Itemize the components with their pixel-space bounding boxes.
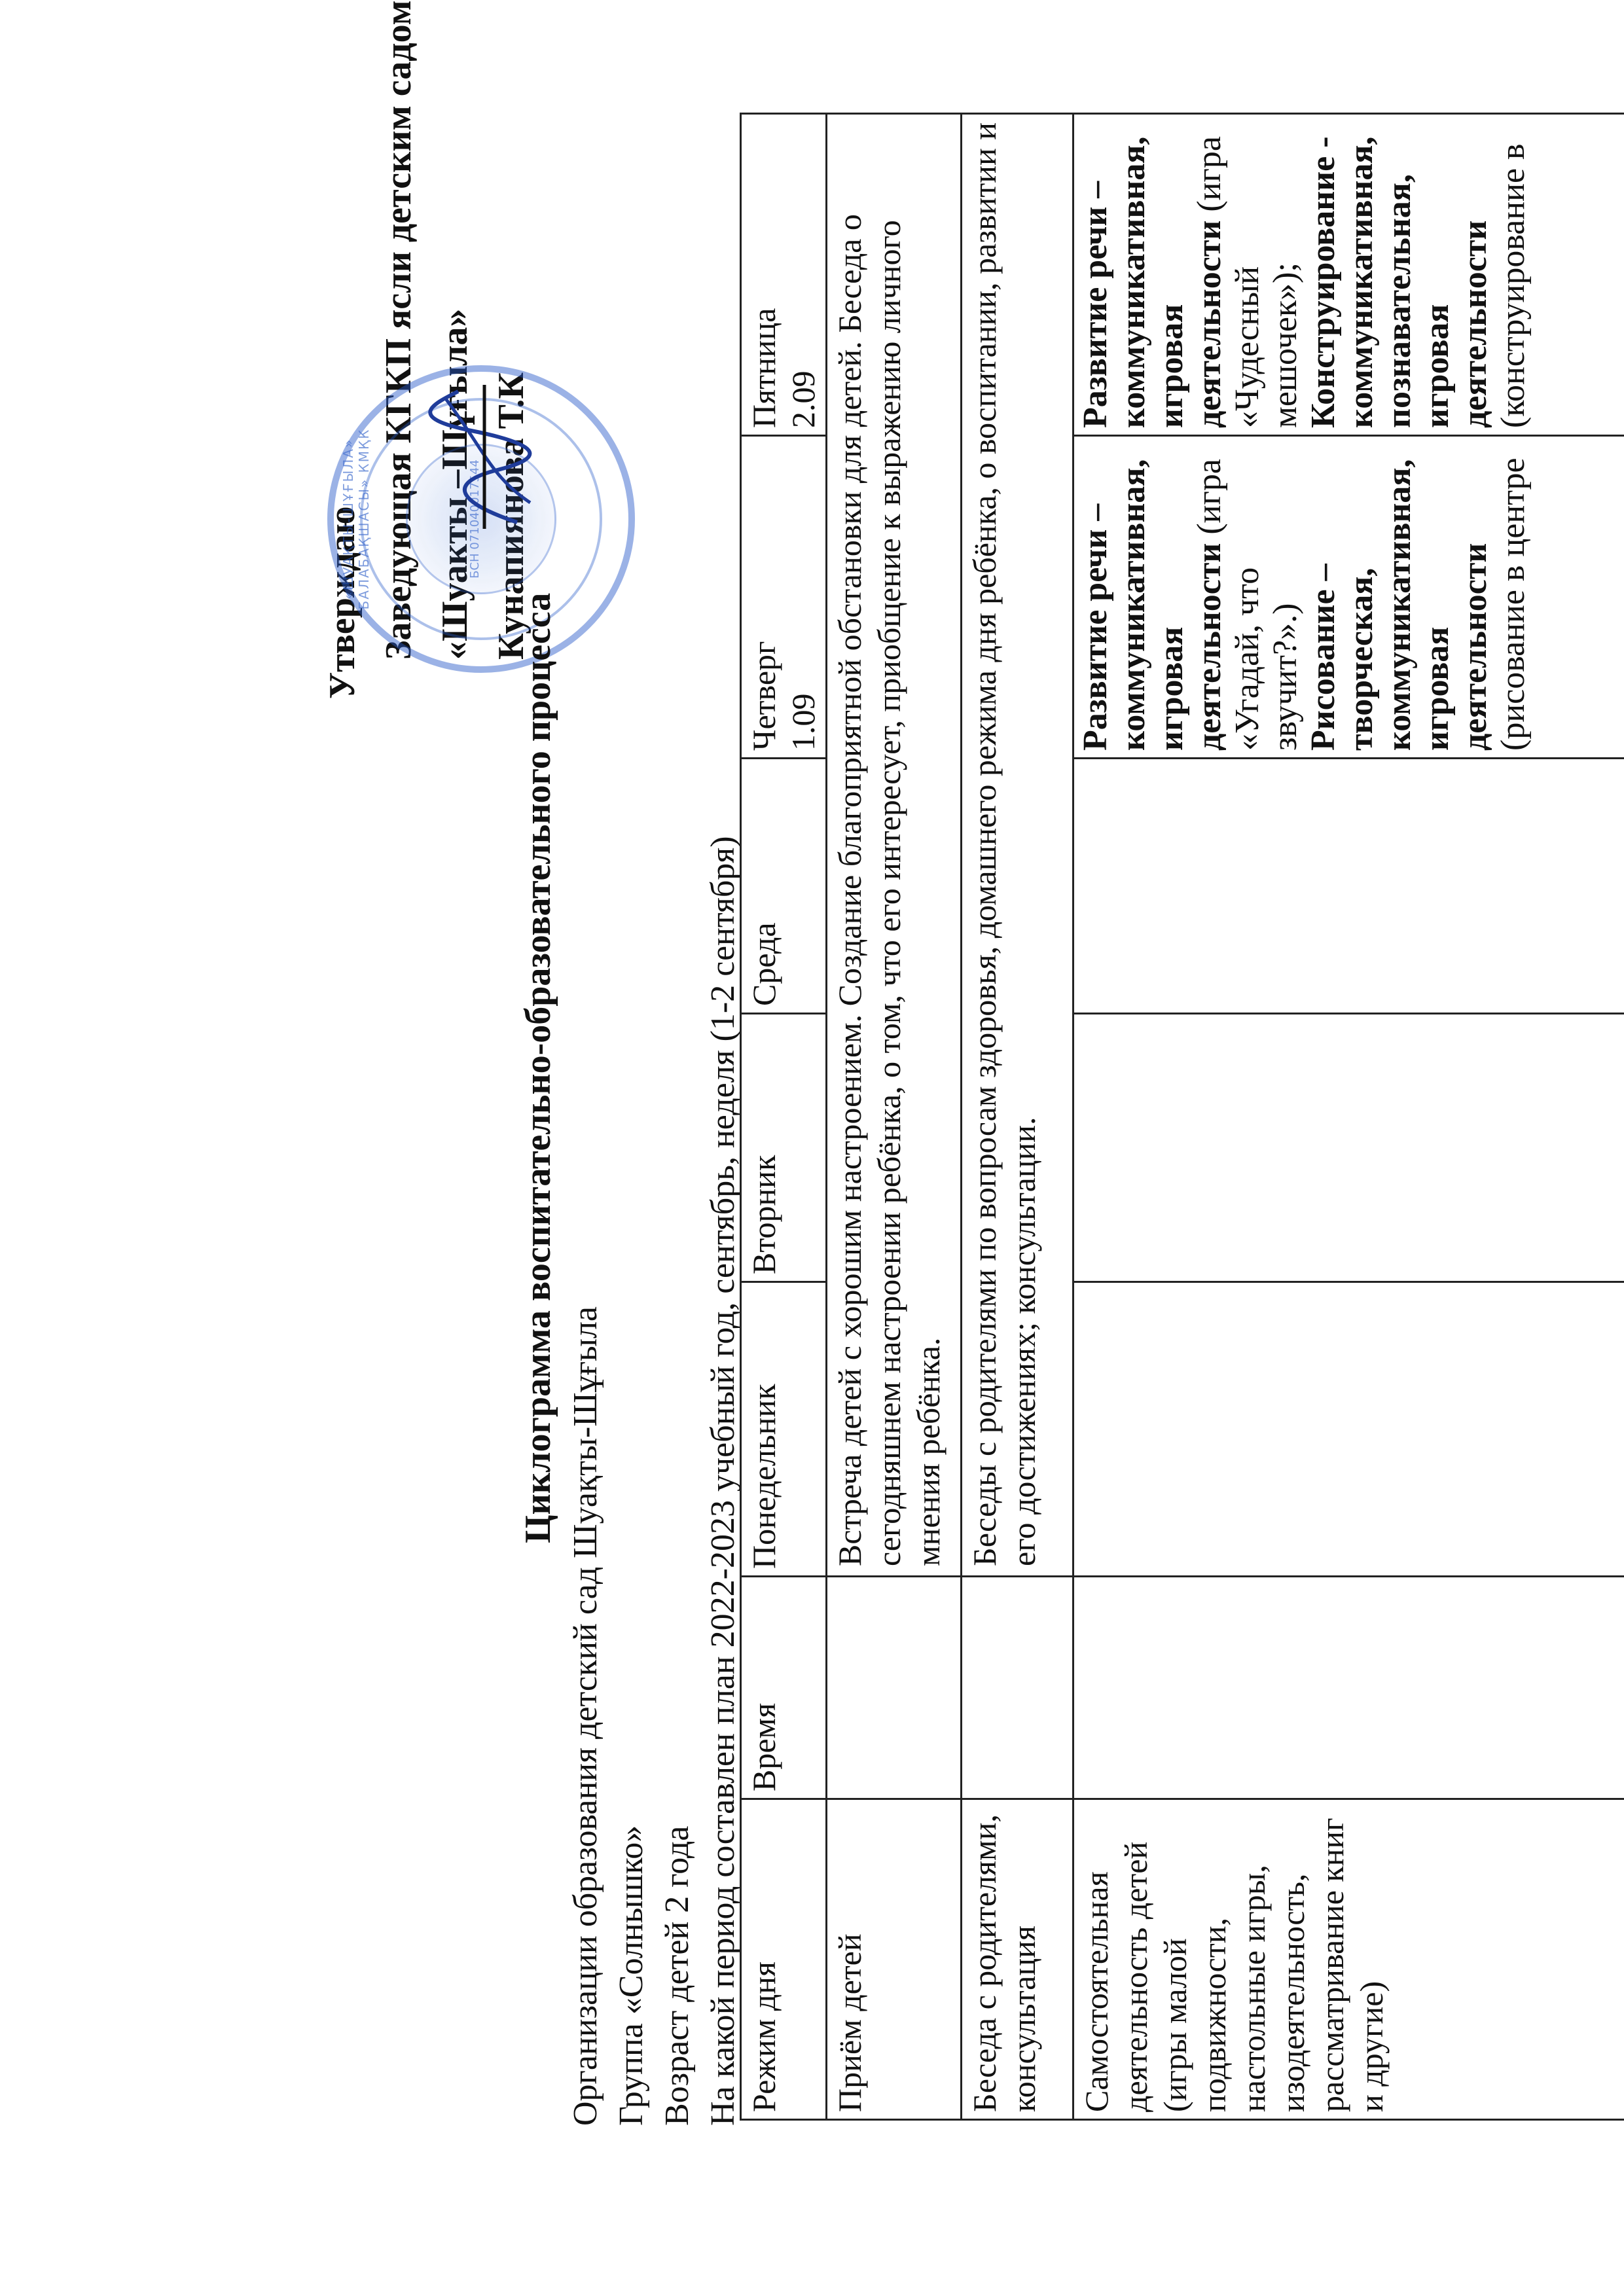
time-cell [962,1577,1074,1799]
header-tuesday: Вторник [741,1014,827,1282]
regime-cell: Самостоятельная деятельность детей (игры… [1074,1799,1624,2120]
regime-cell: Беседа с родителями, консультация [962,1799,1074,2120]
reception-description: Встреча детей с хорошим настроением. Соз… [827,114,962,1577]
schedule-table: Режим дня Время Понедельник Вторник Сред… [740,113,1624,2121]
table-header-row: Режим дня Время Понедельник Вторник Сред… [741,114,827,2120]
friday-cell: Развитие речи – коммуникативная, игровая… [1074,114,1624,436]
friday-activity-2-text: (конструирование в [1494,143,1532,428]
header-monday: Понедельник [741,1282,827,1577]
group-line: Группа «Солнышко» [609,836,655,2126]
time-cell [1074,1577,1624,1799]
tuesday-cell [1074,1014,1624,1282]
friday-date: 2.09 [784,121,823,428]
parents-description: Беседы с родителями по вопросам здоровья… [962,114,1074,1577]
thursday-date: 1.09 [784,443,823,751]
page-title: Циклограмма воспитательно-образовательно… [517,593,559,1543]
wednesday-cell [1074,759,1624,1014]
time-cell [827,1577,962,1799]
age-line: Возраст детей 2 года [655,836,700,2126]
organization-line: Организации образования детский сад Шуақ… [563,836,609,2126]
thursday-activity-2-title: Рисование – творческая, коммуникативная,… [1305,459,1494,751]
header-friday: Пятница2.09 [741,114,827,436]
monday-cell [1074,1282,1624,1577]
header-thursday: Четверг1.09 [741,436,827,759]
table-row: Приём детей Встреча детей с хорошим наст… [827,114,962,2120]
header-time: Время [741,1577,827,1799]
document-meta: Организации образования детский сад Шуақ… [563,836,746,2126]
friday-activity-2-title: Конструирование - коммуникативная, позна… [1305,136,1494,428]
header-wednesday: Среда [741,759,827,1014]
document-page: Утверждаю Заведующая КГКП ясли детским с… [0,0,1624,2296]
header-regime: Режим дня [741,1799,827,2120]
thursday-cell: Развитие речи – коммуникативная, игровая… [1074,436,1624,759]
table-row: Беседа с родителями, консультация Беседы… [962,114,1074,2120]
signature-icon [419,385,550,529]
thursday-activity-2-text: (рисование в центре [1494,457,1532,751]
regime-cell: Приём детей [827,1799,962,2120]
stamp-inner-text: «ШУАҚТЫ-ШҰҒЫЛА» БАЛАБАҚШАСЫ» КМҚК [340,372,372,666]
table-row: Самостоятельная деятельность детей (игры… [1074,114,1624,2120]
